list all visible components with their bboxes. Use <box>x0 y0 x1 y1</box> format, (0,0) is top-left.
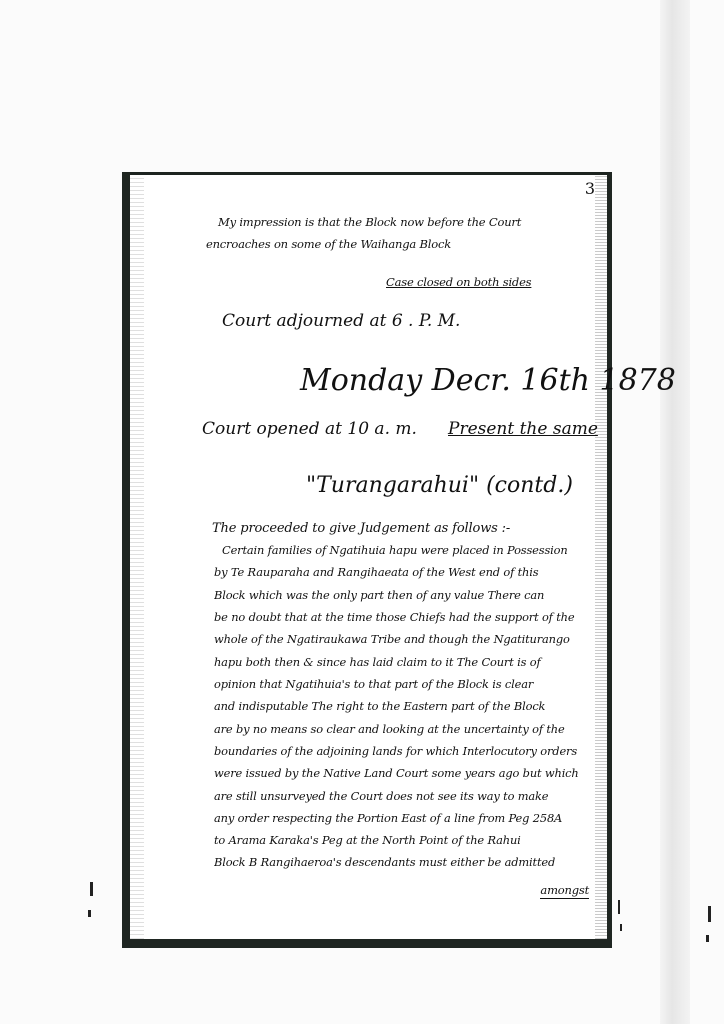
manuscript-page: 3 My impression is that the Block now be… <box>122 172 612 948</box>
header-line-1: My impression is that the Block now befo… <box>218 215 521 229</box>
body-line: any order respecting the Portion East of… <box>214 811 614 825</box>
scan-mark <box>620 924 622 931</box>
body-line: Certain families of Ngatihuia hapu were … <box>222 543 622 557</box>
scanner-edge-shadow <box>660 0 690 1024</box>
body-line: Block B Rangihaeroa's descendants must e… <box>214 855 614 869</box>
court-opened-line: Court opened at 10 a. m. <box>202 419 417 439</box>
body-line: were issued by the Native Land Court som… <box>214 766 614 780</box>
date-heading: Monday Decr. 16th 1878 <box>300 363 676 398</box>
body-line: be no doubt that at the time those Chief… <box>214 610 614 624</box>
body-line: whole of the Ngatiraukawa Tribe and thou… <box>214 632 614 646</box>
present-note: Present the same <box>448 419 598 439</box>
body-line: opinion that Ngatihuia's to that part of… <box>214 677 614 691</box>
body-line: boundaries of the adjoining lands for wh… <box>214 744 614 758</box>
court-adjourned-line: Court adjourned at 6 . P. M. <box>222 311 460 331</box>
scan-mark <box>88 910 91 917</box>
page-number: 3 <box>585 179 595 198</box>
body-line: hapu both then & since has laid claim to… <box>214 655 614 669</box>
body-line: The proceeded to give Judgement as follo… <box>212 521 612 536</box>
header-line-2: encroaches on some of the Waihanga Block <box>206 237 451 251</box>
body-line: and indisputable The right to the Easter… <box>214 699 614 713</box>
scan-mark <box>90 882 93 896</box>
body-line: by Te Rauparaha and Rangihaeata of the W… <box>214 565 614 579</box>
case-closed-note: Case closed on both sides <box>386 275 531 289</box>
scan-mark <box>708 906 711 922</box>
catchword: amongst <box>540 883 589 899</box>
body-line: are still unsurveyed the Court does not … <box>214 789 614 803</box>
case-title: "Turangarahui" (contd.) <box>306 473 573 498</box>
body-line: to Arama Karaka's Peg at the North Point… <box>214 833 614 847</box>
body-line: are by no means so clear and looking at … <box>214 722 614 736</box>
scan-mark <box>618 900 620 914</box>
scan-mark <box>706 935 709 942</box>
body-line: Block which was the only part then of an… <box>214 588 614 602</box>
